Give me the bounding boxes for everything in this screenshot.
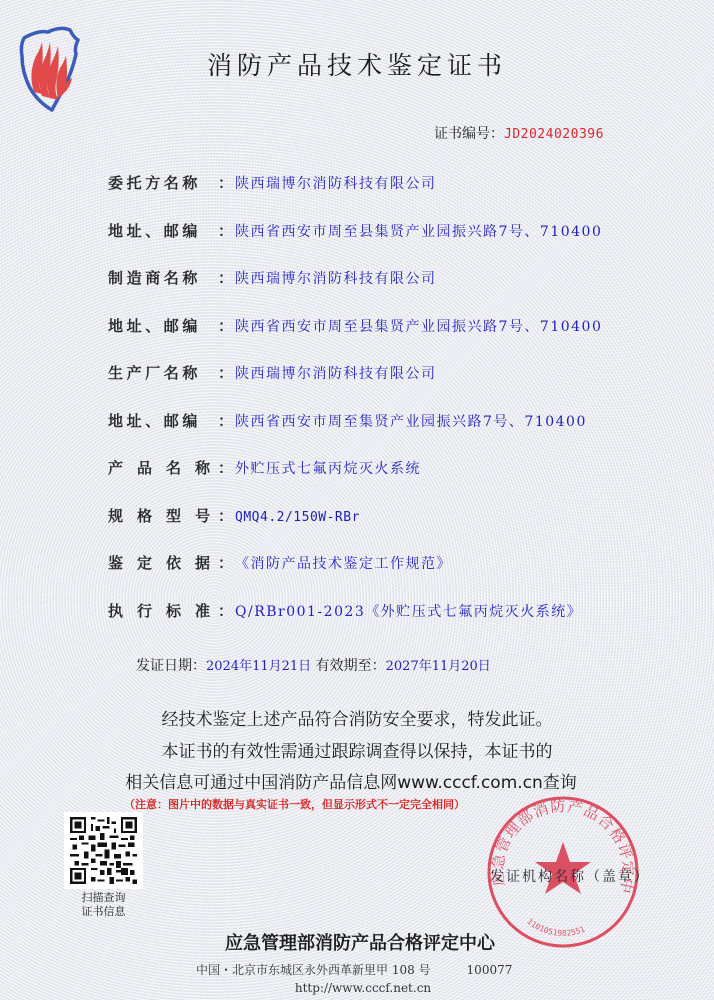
field-value: 陕西瑞博尔消防科技有限公司 (235, 363, 437, 383)
certificate-number-label: 证书编号： (434, 126, 504, 142)
field-value: Q/RBr001-2023《外贮压式七氟丙烷灭火系统》 (235, 601, 582, 621)
field-label: 委托方名称 (108, 172, 218, 193)
field-standard: 执行标准：Q/RBr001-2023《外贮压式七氟丙烷灭火系统》 (108, 600, 582, 621)
field-label: 鉴定依据 (108, 552, 218, 573)
field-factory-address: 地址、邮编：陕西省西安市周至集贤产业园振兴路7号、710400 (108, 410, 587, 431)
issuer-label: 发证机构名称（盖章） (490, 866, 650, 886)
statement-line: 本证书的有效性需通过跟踪调查得以保持，本证书的 (0, 737, 714, 762)
issue-date-label: 发证日期： (136, 658, 206, 674)
certificate-page: 消防产品技术鉴定证书 证书编号：JD2024020396 委托方名称：陕西瑞博尔… (0, 0, 714, 1000)
field-value: 《消防产品技术鉴定工作规范》 (235, 553, 452, 573)
footer-zip: 100077 (467, 963, 513, 977)
field-label: 规格型号 (108, 505, 218, 526)
field-value: 外贮压式七氟丙烷灭火系统 (235, 458, 421, 478)
field-value: 陕西省西安市周至集贤产业园振兴路7号、710400 (235, 411, 587, 431)
footer-address: 中国・北京市东城区永外西革新里甲 108 号100077 (196, 961, 512, 978)
valid-until-label: 有效期至： (316, 658, 386, 674)
field-product-name: 产品名称：外贮压式七氟丙烷灭火系统 (108, 457, 421, 478)
qr-code[interactable] (64, 812, 143, 889)
field-label: 产品名称 (108, 457, 218, 478)
field-value: 陕西省西安市周至县集贤产业园振兴路7号、710400 (235, 221, 602, 241)
field-label: 地址、邮编 (108, 315, 218, 336)
qr-caption: 扫描查询 证书信息 (64, 891, 143, 919)
valid-until-value: 2027年11月20日 (386, 659, 491, 674)
field-label: 地址、邮编 (108, 220, 218, 241)
field-label: 地址、邮编 (108, 410, 218, 431)
footer-organization: 应急管理部消防产品合格评定中心 (0, 929, 714, 955)
field-value: 陕西省西安市周至县集贤产业园振兴路7号、710400 (235, 316, 602, 336)
footer-url[interactable]: http://www.cccf.net.cn (0, 981, 714, 995)
statement-line: 经技术鉴定上述产品符合消防安全要求，特发此证。 (0, 705, 714, 730)
certificate-number-value: JD2024020396 (504, 127, 604, 142)
field-label: 生产厂名称 (108, 362, 218, 383)
certificate-number: 证书编号：JD2024020396 (434, 123, 604, 143)
field-manufacturer-address: 地址、邮编：陕西省西安市周至县集贤产业园振兴路7号、710400 (108, 315, 602, 336)
field-value: QMQ4.2/150W-RBr (235, 510, 360, 525)
field-basis: 鉴定依据：《消防产品技术鉴定工作规范》 (108, 552, 452, 573)
field-label: 执行标准 (108, 600, 218, 621)
field-model: 规格型号：QMQ4.2/150W-RBr (108, 505, 360, 526)
field-client-address: 地址、邮编：陕西省西安市周至县集贤产业园振兴路7号、710400 (108, 220, 602, 241)
issue-date-value: 2024年11月21日 (206, 659, 311, 674)
disclaimer-note: （注意：图片中的数据与真实证书一致，但显示形式不一定完全相同） (124, 796, 465, 812)
field-value: 陕西瑞博尔消防科技有限公司 (235, 173, 437, 193)
statement-line: 相关信息可通过中国消防产品信息网www.cccf.com.cn查询 (0, 768, 708, 793)
qr-code-icon (69, 817, 138, 884)
validity-dates: 发证日期：2024年11月21日 有效期至：2027年11月20日 (136, 655, 491, 675)
page-title: 消防产品技术鉴定证书 (0, 46, 714, 82)
field-factory-name: 生产厂名称：陕西瑞博尔消防科技有限公司 (108, 362, 437, 383)
field-manufacturer-name: 制造商名称：陕西瑞博尔消防科技有限公司 (108, 267, 437, 288)
field-client-name: 委托方名称：陕西瑞博尔消防科技有限公司 (108, 172, 437, 193)
field-value: 陕西瑞博尔消防科技有限公司 (235, 268, 437, 288)
field-label: 制造商名称 (108, 267, 218, 288)
